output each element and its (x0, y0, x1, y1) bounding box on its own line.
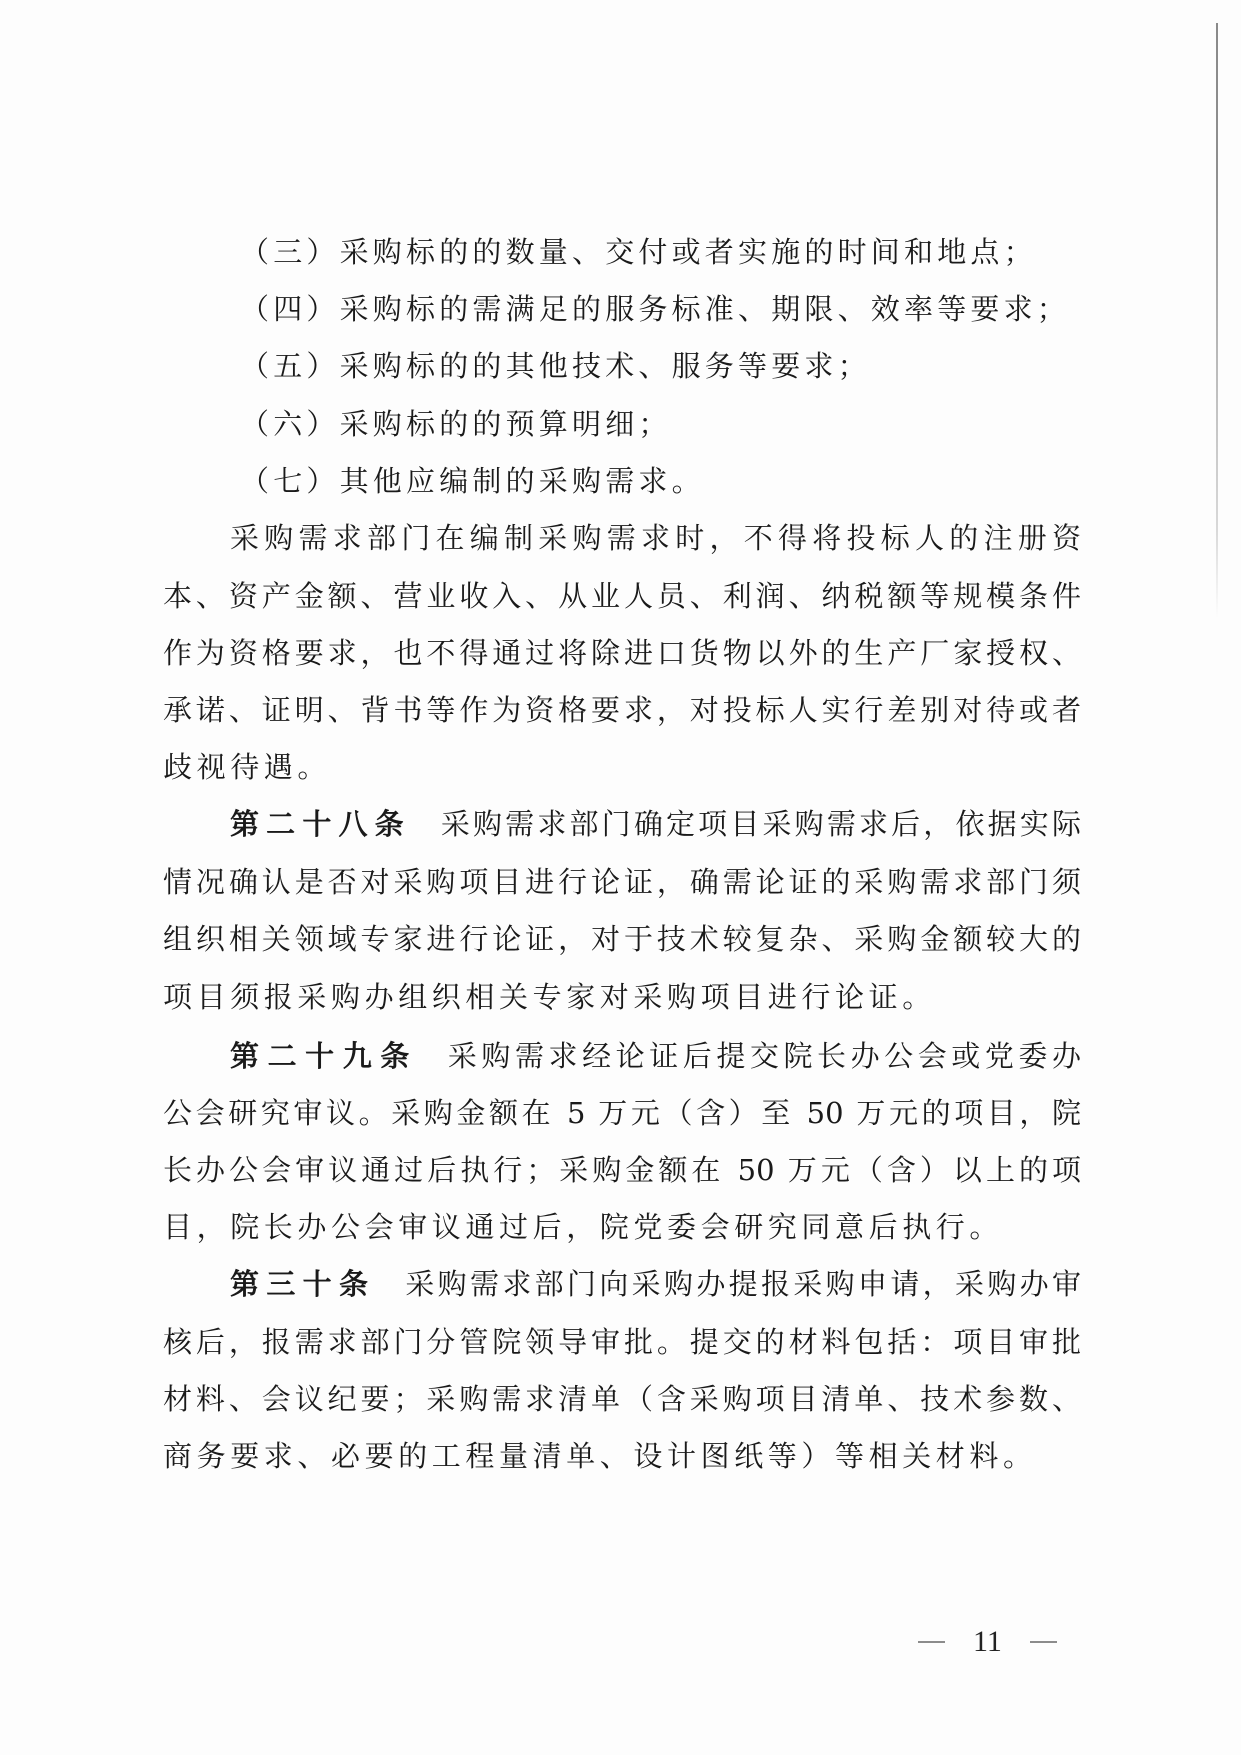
article-line: 项目须报采购办组织相关专家对采购项目进行论证。 (163, 977, 936, 1017)
article-text: 采购需求部门确定项目采购需求后，依据实际 (441, 807, 1081, 841)
page-footer: 11 (918, 1622, 1057, 1662)
paragraph-line: 本、资产金额、营业收入、从业人员、利润、纳税额等规模条件 (163, 576, 1081, 616)
article-heading: 第二十九条 (230, 1039, 418, 1073)
article-line: 情况确认是否对采购项目进行论证，确需论证的采购需求部门须 (163, 862, 1081, 902)
article-line: 目，院长办公会审议通过后，院党委会研究同意后执行。 (163, 1207, 1003, 1247)
list-item-4: （四）采购标的需满足的服务标准、期限、效率等要求； (240, 289, 1070, 329)
article-29-first-line: 第二十九条采购需求经论证后提交院长办公会或党委办 (230, 1036, 1081, 1076)
article-text: 采购需求部门向采购办提报采购申请，采购办审 (405, 1267, 1081, 1301)
list-item-5: （五）采购标的的其他技术、服务等要求； (240, 346, 871, 386)
article-28-first-line: 第二十八条采购需求部门确定项目采购需求后，依据实际 (230, 804, 1081, 844)
paragraph-line: 采购需求部门在编制采购需求时，不得将投标人的注册资 (230, 518, 1081, 558)
article-line: 长办公会审议通过后执行；采购金额在 50 万元（含）以上的项 (163, 1150, 1081, 1190)
list-item-3: （三）采购标的的数量、交付或者实施的时间和地点； (240, 232, 1037, 272)
paragraph-line: 承诺、证明、背书等作为资格要求，对投标人实行差别对待或者 (163, 690, 1081, 730)
scan-edge-line (1216, 23, 1218, 618)
article-line: 商务要求、必要的工程量清单、设计图纸等）等相关材料。 (163, 1436, 1037, 1476)
article-heading: 第二十八条 (230, 807, 411, 841)
article-heading: 第三十条 (230, 1267, 375, 1301)
article-text: 采购需求经论证后提交院长办公会或党委办 (448, 1039, 1081, 1073)
article-line: 组织相关领域专家进行论证，对于技术较复杂、采购金额较大的 (163, 919, 1081, 959)
page-number: 11 (973, 1622, 1002, 1662)
footer-right-dash (1030, 1641, 1057, 1643)
article-line: 核后，报需求部门分管院领导审批。提交的材料包括：项目审批 (163, 1322, 1081, 1362)
list-item-7: （七）其他应编制的采购需求。 (240, 461, 705, 501)
article-30-first-line: 第三十条采购需求部门向采购办提报采购申请，采购办审 (230, 1264, 1081, 1304)
paragraph-line: 作为资格要求，也不得通过将除进口货物以外的生产厂家授权、 (163, 633, 1081, 673)
list-item-6: （六）采购标的的预算明细； (240, 404, 672, 444)
paragraph-line: 歧视待遇。 (163, 747, 331, 787)
article-line: 材料、会议纪要；采购需求清单（含采购项目清单、技术参数、 (163, 1379, 1081, 1419)
document-page: （三）采购标的的数量、交付或者实施的时间和地点； （四）采购标的需满足的服务标准… (0, 0, 1241, 1755)
article-line: 公会研究审议。采购金额在 5 万元（含）至 50 万元的项目，院 (163, 1093, 1081, 1133)
footer-left-dash (918, 1641, 945, 1643)
